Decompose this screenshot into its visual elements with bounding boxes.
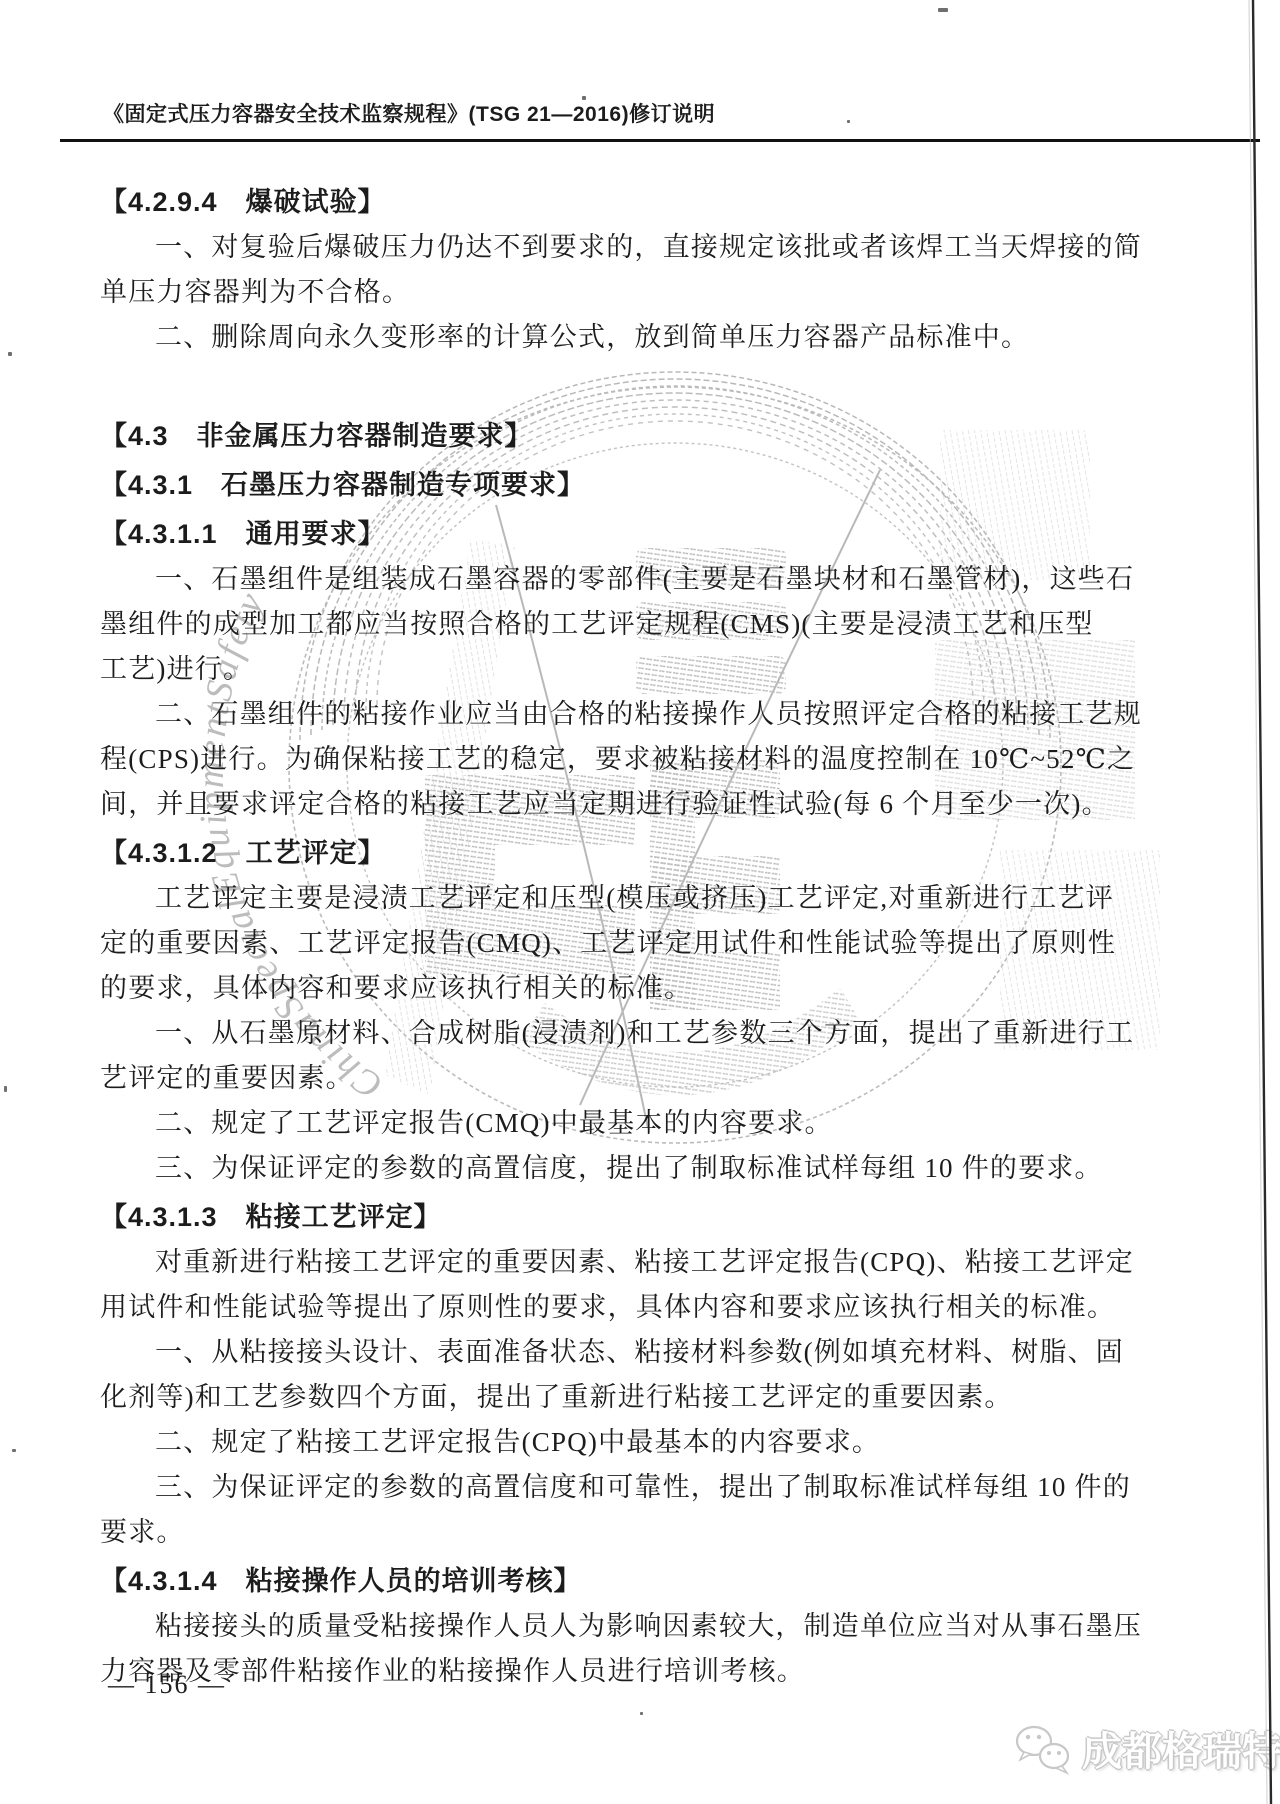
text-line: 粘接接头的质量受粘接操作人员人为影响因素较大，制造单位应当对从事石墨压 [100,1604,1185,1649]
scan-speck [4,1086,7,1092]
scan-speck [12,1449,16,1452]
text-line: 要求。 [100,1510,1185,1555]
text-line: 工艺)进行。 [100,647,1185,692]
text-line: 二、删除周向永久变形率的计算公式，放到简单压力容器产品标准中。 [100,315,1185,360]
text-line: 用试件和性能试验等提出了原则性的要求，具体内容和要求应该执行相关的标准。 [100,1285,1185,1330]
section-gap [100,360,1185,410]
text-line: 定的重要因素、工艺评定报告(CMQ)、工艺评定用试件和性能试验等提出了原则性 [100,921,1185,966]
document-body: 【4.2.9.4 爆破试验】一、对复验后爆破压力仍达不到要求的，直接规定该批或者… [100,176,1185,1694]
scan-speck [847,120,850,123]
scanned-document-page: { "page": { "header": { "title": "《固定式压力… [0,0,1280,1804]
page-number: — 156 — [108,1670,226,1700]
scan-speck [8,352,12,356]
scan-speck [582,96,586,100]
text-line: 间，并且要求评定合格的粘接工艺应当定期进行验证性试验(每 6 个月至少一次)。 [100,782,1185,827]
text-line: 一、从石墨原材料、合成树脂(浸渍剂)和工艺参数三个方面，提出了重新进行工 [100,1011,1185,1056]
text-line: 程(CPS)进行。为确保粘接工艺的稳定，要求被粘接材料的温度控制在 10℃~52… [100,737,1185,782]
brand-watermark: 成都格瑞特 [1012,1720,1280,1777]
section-heading: 【4.3.1.1 通用要求】 [100,512,1185,557]
section-heading: 【4.3.1.2 工艺评定】 [100,831,1185,876]
text-line: 单压力容器判为不合格。 [100,270,1185,315]
text-line: 工艺评定主要是浸渍工艺评定和压型(模压或挤压)工艺评定,对重新进行工艺评 [100,876,1185,921]
section-heading: 【4.2.9.4 爆破试验】 [100,180,1185,225]
text-line: 一、对复验后爆破压力仍达不到要求的，直接规定该批或者该焊工当天焊接的简 [100,225,1185,270]
wechat-icon [1012,1722,1074,1776]
section-heading: 【4.3.1 石墨压力容器制造专项要求】 [100,463,1185,508]
text-line: 墨组件的成型加工都应当按照合格的工艺评定规程(CMS)(主要是浸渍工艺和压型 [100,602,1185,647]
text-line: 的要求，具体内容和要求应该执行相关的标准。 [100,966,1185,1011]
text-line: 艺评定的重要因素。 [100,1056,1185,1101]
text-line: 二、规定了工艺评定报告(CMQ)中最基本的内容要求。 [100,1101,1185,1146]
text-line: 一、从粘接接头设计、表面准备状态、粘接材料参数(例如填充材料、树脂、固 [100,1330,1185,1375]
scan-speck [640,1712,643,1715]
text-line: 对重新进行粘接工艺评定的重要因素、粘接工艺评定报告(CPQ)、粘接工艺评定 [100,1240,1185,1285]
text-line: 力容器及零部件粘接作业的粘接操作人员进行培训考核。 [100,1649,1185,1694]
text-line: 一、石墨组件是组装成石墨容器的零部件(主要是石墨块材和石墨管材)，这些石 [100,557,1185,602]
text-line: 二、规定了粘接工艺评定报告(CPQ)中最基本的内容要求。 [100,1420,1185,1465]
section-heading: 【4.3 非金属压力容器制造要求】 [100,414,1185,459]
text-line: 二、石墨组件的粘接作业应当由合格的粘接操作人员按照评定合格的粘接工艺规 [100,692,1185,737]
section-heading: 【4.3.1.3 粘接工艺评定】 [100,1195,1185,1240]
section-heading: 【4.3.1.4 粘接操作人员的培训考核】 [100,1559,1185,1604]
text-line: 三、为保证评定的参数的高置信度和可靠性，提出了制取标准试样每组 10 件的 [100,1465,1185,1510]
text-line: 化剂等)和工艺参数四个方面，提出了重新进行粘接工艺评定的重要因素。 [100,1375,1185,1420]
text-line: 三、为保证评定的参数的高置信度，提出了制取标准试样每组 10 件的要求。 [100,1146,1185,1191]
brand-watermark-label: 成都格瑞特 [1082,1720,1280,1777]
document-header-title: 《固定式压力容器安全技术监察规程》(TSG 21—2016)修订说明 [103,98,715,128]
header-rule [60,139,1260,142]
scan-speck [938,8,948,12]
